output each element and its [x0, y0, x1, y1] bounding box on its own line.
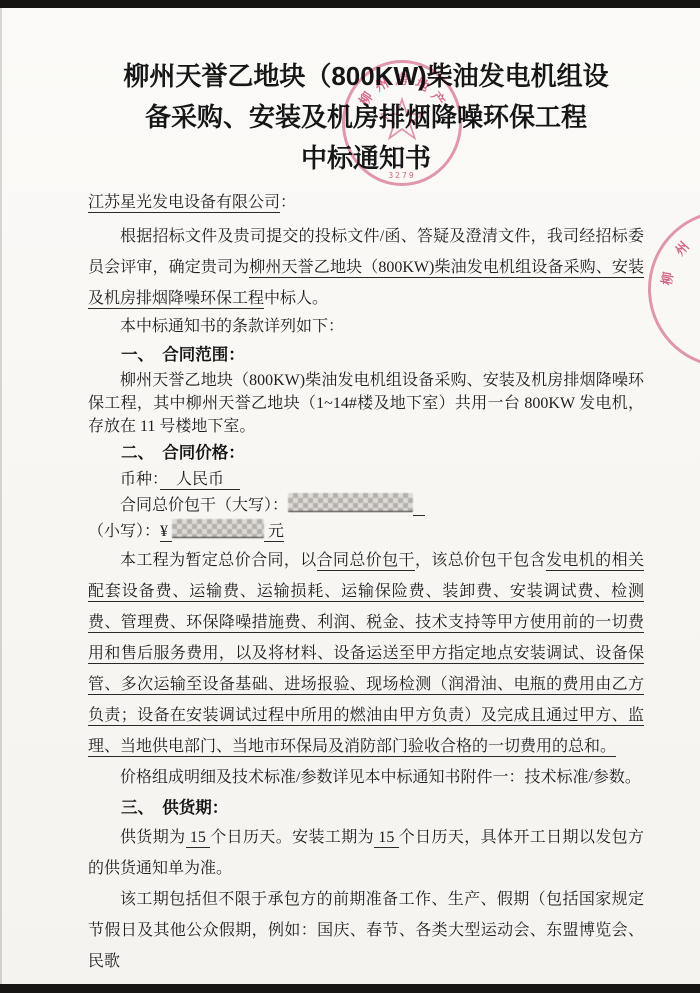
text-run: 合同总价包干（大写）：: [120, 497, 288, 514]
text-run: 一、 合同范围：: [121, 345, 245, 364]
title-line: 柳州天誉乙地块（800KW)柴油发电机组设: [88, 56, 644, 97]
text-run: 价格组成明细及技术标准/参数详见本中标通知书附件一：技术标准/参数。: [120, 769, 641, 786]
section-heading-delivery: 三、 供货期：: [88, 793, 644, 822]
price-detail-line: 价格组成明细及技术标准/参数详见本中标通知书附件一：技术标准/参数。: [88, 762, 644, 793]
currency-line: 币种： 人民币: [88, 467, 644, 493]
text-run: （小写）：: [88, 523, 160, 540]
intro-paragraph: 根据招标文件及贵司提交的投标文件/函、答疑及澄清文件，我司经招标委员会评审，确定…: [88, 221, 644, 314]
amount-capital-line: 合同总价包干（大写）：: [88, 493, 644, 519]
scanned-document-page: 柳州天誉乙地块（800KW)柴油发电机组设 备采购、安装及机房排烟降噪环保工程 …: [0, 0, 700, 993]
section-heading-scope: 一、 合同范围：: [88, 340, 644, 369]
title-line: 中标通知书: [88, 138, 644, 179]
text-run: 个日历天。安装工期为: [210, 829, 374, 846]
text-run: 中标人。: [264, 290, 328, 307]
scope-paragraph: 柳州天誉乙地块（800KW)柴油发电机组设备采购、安装及机房排烟降噪环保工程，其…: [88, 369, 644, 438]
text-run: 江苏星光发电设备有限公司: [88, 194, 280, 213]
delivery-paragraph: 供货期为 15 个日历天。安装工期为 15 个日历天，具体开工日期以发包方的供货…: [88, 822, 644, 884]
amount-numeric-line: （小写）：¥ 元: [88, 519, 644, 545]
redacted-amount: [172, 519, 264, 538]
schedule-paragraph: 该工期包括但不限于承包方的前期准备工作、生产、假期（包括国家规定节假日及其他公众…: [88, 884, 644, 977]
text-run: 人民币: [160, 471, 240, 490]
text-run: 元: [264, 523, 284, 542]
recipient-line: 江苏星光发电设备有限公司：: [88, 186, 644, 219]
fee-paragraph: 本工程为暂定总价合同，以合同总价包干，该总价包干包含发电机的相关配套设备费、运输…: [88, 545, 644, 762]
section-heading-price: 二、 合同价格：: [88, 438, 644, 467]
text-run: 币种：: [120, 471, 160, 488]
text-run: ，该总价包干包含: [415, 552, 546, 569]
text-run: [413, 497, 425, 516]
scan-edge-bottom: [0, 984, 700, 993]
terms-intro-line: 本中标通知书的条款详列如下：: [88, 314, 644, 340]
document-title: 柳州天誉乙地块（800KW)柴油发电机组设 备采购、安装及机房排烟降噪环保工程 …: [88, 56, 644, 179]
document-body: 江苏星光发电设备有限公司：根据招标文件及贵司提交的投标文件/函、答疑及澄清文件，…: [88, 186, 644, 977]
scan-edge-top: [0, 0, 700, 8]
redacted-amount: [288, 493, 413, 512]
text-run: 二、 合同价格：: [121, 443, 245, 462]
text-run: 该工期包括但不限于承包方的前期准备工作、生产、假期（包括国家规定节假日及其他公众…: [88, 891, 644, 970]
text-run: 15: [186, 829, 211, 848]
text-run: 三、 供货期：: [121, 798, 228, 817]
text-run: ¥: [160, 523, 172, 542]
text-run: 15: [374, 829, 399, 848]
document-content: 柳州天誉乙地块（800KW)柴油发电机组设 备采购、安装及机房排烟降噪环保工程 …: [0, 0, 700, 977]
text-run: ：: [280, 194, 296, 211]
text-run: 本中标通知书的条款详列如下：: [120, 318, 344, 335]
text-run: 本工程为暂定总价合同，以: [120, 552, 317, 569]
text-run: 发电机的相关配套设备费、运输费、运输损耗、运输保险费、装卸费、安装调试费、检测费…: [88, 552, 644, 757]
scan-edge-left: [0, 8, 2, 984]
text-run: 合同总价包干: [317, 552, 415, 571]
text-run: 柳州天誉乙地块（800KW)柴油发电机组设备采购、安装及机房排烟降噪环保工程，其…: [88, 372, 644, 435]
text-run: 供货期为: [120, 829, 186, 846]
title-line: 备采购、安装及机房排烟降噪环保工程: [88, 97, 644, 138]
